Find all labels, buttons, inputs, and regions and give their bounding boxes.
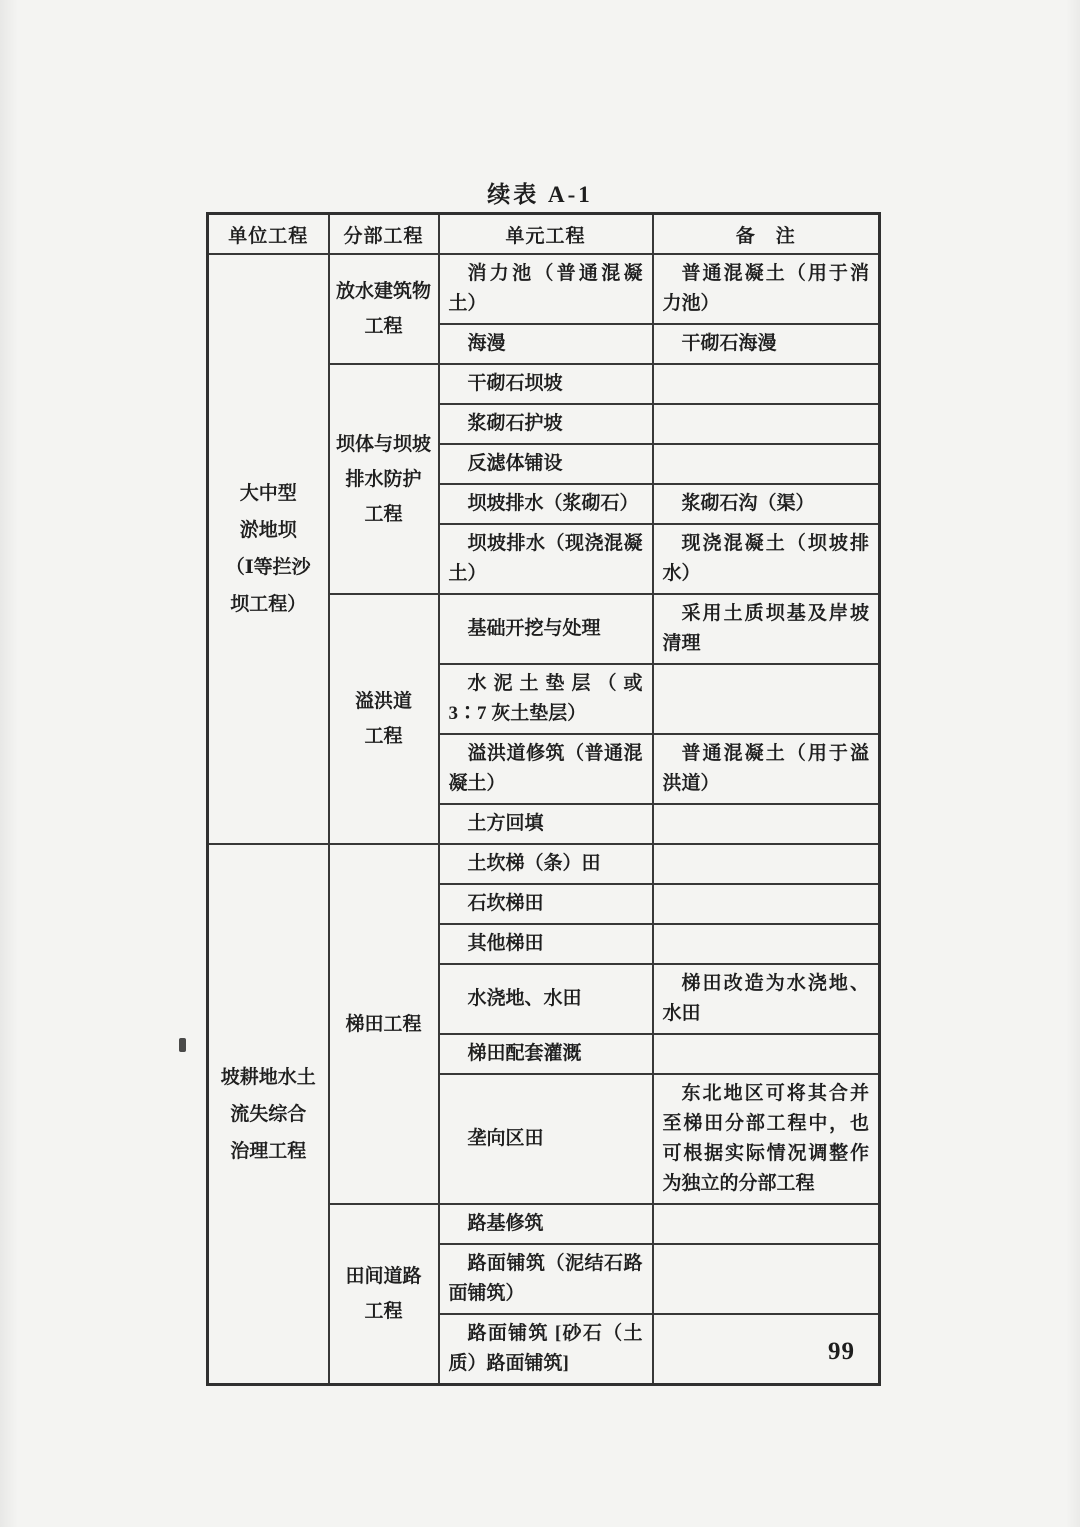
element-project-cell: 消力池（普通混凝土） xyxy=(439,254,653,324)
element-project-cell: 坝坡排水（浆砌石） xyxy=(439,484,653,524)
remark-cell: 现浇混凝土（坝坡排水） xyxy=(653,524,880,594)
remark-cell: 干砌石海漫 xyxy=(653,324,880,364)
remark-cell: 采用土质坝基及岸坡清理 xyxy=(653,594,880,664)
continuation-table: 单位工程 分部工程 单元工程 备 注 大中型 淤地坝 （Ⅰ等拦沙 坝工程）放水建… xyxy=(206,212,881,1386)
remark-cell: 东北地区可将其合并至梯田分部工程中，也可根据实际情况调整作为独立的分部工程 xyxy=(653,1074,880,1204)
division-project-cell: 坝体与坝坡 排水防护 工程 xyxy=(329,364,439,594)
table-row: 坡耕地水土 流失综合 治理工程梯田工程土坎梯（条）田 xyxy=(208,844,880,884)
page-number: 99 xyxy=(828,1338,855,1366)
element-project-cell: 坝坡排水（现浇混凝土） xyxy=(439,524,653,594)
element-project-cell: 海漫 xyxy=(439,324,653,364)
remark-cell xyxy=(653,404,880,444)
remark-cell xyxy=(653,1034,880,1074)
element-project-cell: 其他梯田 xyxy=(439,924,653,964)
element-project-cell: 浆砌石护坡 xyxy=(439,404,653,444)
table-header: 单位工程 分部工程 单元工程 备 注 xyxy=(208,214,880,255)
division-project-cell: 溢洪道 工程 xyxy=(329,594,439,844)
remark-cell: 普通混凝土（用于消力池） xyxy=(653,254,880,324)
division-project-cell: 梯田工程 xyxy=(329,844,439,1204)
element-project-cell: 水浇地、水田 xyxy=(439,964,653,1034)
element-project-cell: 路基修筑 xyxy=(439,1204,653,1244)
element-project-cell: 土方回填 xyxy=(439,804,653,844)
table-container: 单位工程 分部工程 单元工程 备 注 大中型 淤地坝 （Ⅰ等拦沙 坝工程）放水建… xyxy=(206,212,878,1386)
division-project-cell: 放水建筑物 工程 xyxy=(329,254,439,364)
element-project-cell: 干砌石坝坡 xyxy=(439,364,653,404)
division-project-cell: 田间道路 工程 xyxy=(329,1204,439,1385)
remark-cell xyxy=(653,364,880,404)
remark-cell xyxy=(653,1204,880,1244)
table-row: 大中型 淤地坝 （Ⅰ等拦沙 坝工程）放水建筑物 工程消力池（普通混凝土）普通混凝… xyxy=(208,254,880,324)
remark-cell xyxy=(653,924,880,964)
element-project-cell: 反滤体铺设 xyxy=(439,444,653,484)
element-project-cell: 路面铺筑 [砂石（土质）路面铺筑] xyxy=(439,1314,653,1385)
element-project-cell: 石坎梯田 xyxy=(439,884,653,924)
header-remarks: 备 注 xyxy=(653,214,880,255)
table-title: 续表 A-1 xyxy=(0,176,1080,209)
remark-cell xyxy=(653,804,880,844)
header-unit-project: 单位工程 xyxy=(208,214,329,255)
header-element-project: 单元工程 xyxy=(439,214,653,255)
unit-project-cell: 大中型 淤地坝 （Ⅰ等拦沙 坝工程） xyxy=(208,254,329,844)
remark-cell: 浆砌石沟（渠） xyxy=(653,484,880,524)
document-page: 续表 A-1 单位工程 分部工程 单元工程 备 注 大中型 淤地坝 （Ⅰ等拦沙 … xyxy=(0,0,1080,1527)
remark-cell xyxy=(653,444,880,484)
scan-artifact xyxy=(179,1038,186,1052)
element-project-cell: 梯田配套灌溉 xyxy=(439,1034,653,1074)
remark-cell xyxy=(653,664,880,734)
remark-cell xyxy=(653,1244,880,1314)
element-project-cell: 土坎梯（条）田 xyxy=(439,844,653,884)
table-body: 大中型 淤地坝 （Ⅰ等拦沙 坝工程）放水建筑物 工程消力池（普通混凝土）普通混凝… xyxy=(208,254,880,1385)
remark-cell xyxy=(653,844,880,884)
header-division-project: 分部工程 xyxy=(329,214,439,255)
header-row: 单位工程 分部工程 单元工程 备 注 xyxy=(208,214,880,255)
element-project-cell: 溢洪道修筑（普通混凝土） xyxy=(439,734,653,804)
remark-cell xyxy=(653,884,880,924)
remark-cell: 梯田改造为水浇地、水田 xyxy=(653,964,880,1034)
element-project-cell: 路面铺筑（泥结石路面铺筑） xyxy=(439,1244,653,1314)
element-project-cell: 垄向区田 xyxy=(439,1074,653,1204)
remark-cell: 普通混凝土（用于溢洪道） xyxy=(653,734,880,804)
unit-project-cell: 坡耕地水土 流失综合 治理工程 xyxy=(208,844,329,1385)
element-project-cell: 基础开挖与处理 xyxy=(439,594,653,664)
element-project-cell: 水泥土垫层（或 3∶7 灰土垫层） xyxy=(439,664,653,734)
